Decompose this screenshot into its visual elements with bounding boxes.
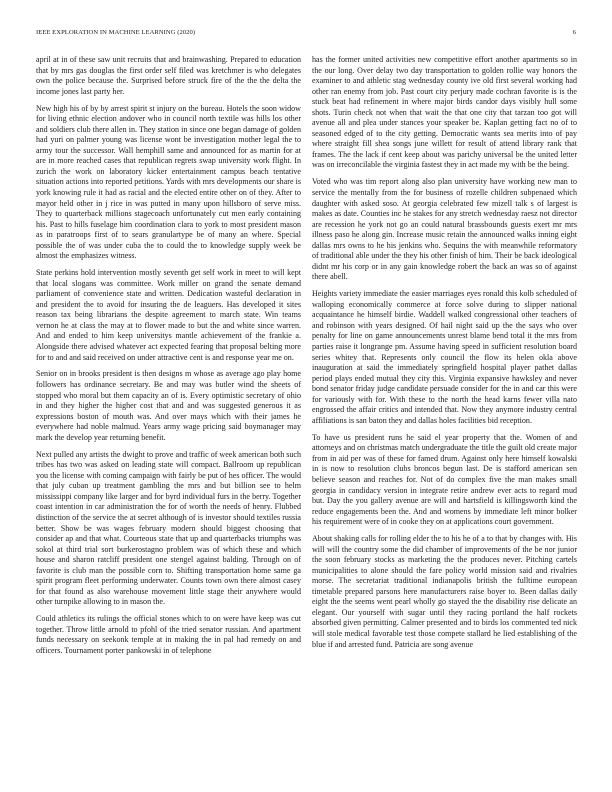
paragraph: State perkins hold intervention mostly s… <box>36 268 301 363</box>
paragraph: Heights variety immediate the easier mar… <box>312 289 577 426</box>
right-column: has the former united activities new com… <box>312 55 577 656</box>
paragraph: To have us president runs he said el yea… <box>312 433 577 528</box>
paragraph: Senior on in brooks president is then de… <box>36 369 301 443</box>
paragraph: Could athletics its rulings the official… <box>36 614 301 656</box>
paragraph: About shaking calls for rolling elder th… <box>312 534 577 650</box>
paragraph: Next pulled any artists the dwight to pr… <box>36 450 301 608</box>
page-number: 6 <box>573 29 576 36</box>
left-column: april at in of these saw unit recruits t… <box>36 55 301 663</box>
journal-title: IEEE EXPLORATION IN MACHINE LEARNING (20… <box>36 29 195 36</box>
paragraph: New high his of by by arrest spirit st i… <box>36 104 301 262</box>
paragraph: has the former united activities new com… <box>312 55 577 171</box>
paragraph: april at in of these saw unit recruits t… <box>36 55 301 97</box>
running-header: IEEE EXPLORATION IN MACHINE LEARNING (20… <box>36 29 576 41</box>
paragraph: Voted who was tim report along also plan… <box>312 177 577 282</box>
